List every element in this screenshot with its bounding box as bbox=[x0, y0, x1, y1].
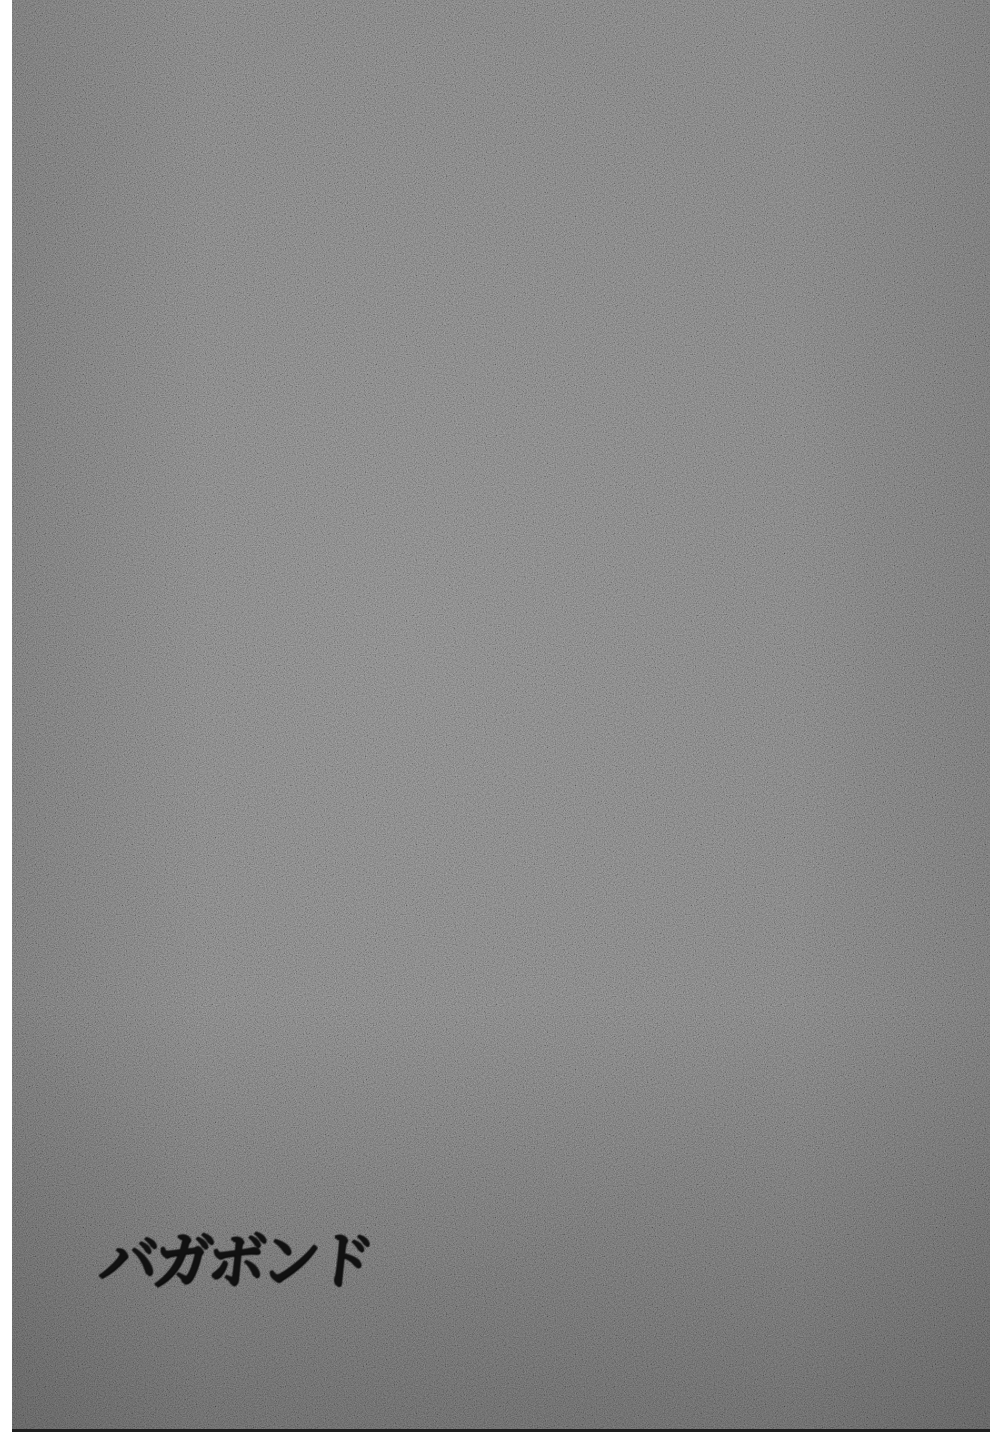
grain-texture bbox=[12, 0, 990, 1432]
title-logo: バガボンド bbox=[97, 1231, 373, 1292]
page-bottom-edge bbox=[12, 1429, 990, 1432]
manga-page bbox=[12, 0, 990, 1432]
